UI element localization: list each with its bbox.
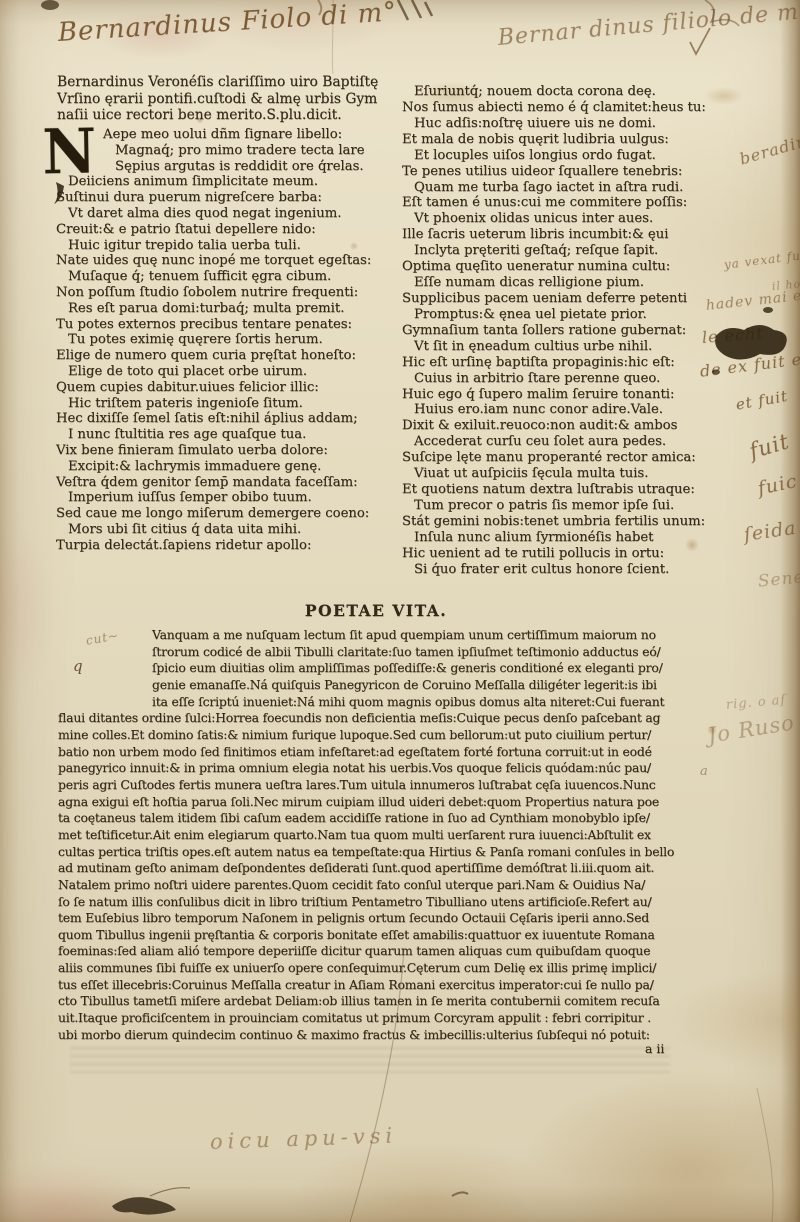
prose-line: aliis communes ſibi fuiſſe ex uniuerſo o… [58, 960, 674, 977]
verse-line: Accederat curſu ceu ſolet aura pedes. [414, 434, 706, 450]
crease-top [332, 0, 333, 74]
pen-strokes-top [398, 0, 432, 20]
ink-smudge-bottom-left [112, 1197, 176, 1214]
verse-line: Excipit:& lachrymis immaduere genę. [68, 459, 371, 475]
verse-line: Nate uides quę nunc inopé me torquet ege… [56, 253, 371, 269]
verse-line: Non poſſum ſtudio ſobolem nutrire freque… [56, 285, 371, 301]
handwritten-annotation: fuit [747, 429, 793, 463]
handwritten-annotation: il hoc [771, 277, 800, 293]
verse-line: Hic uenient ad te rutili pollucis in ort… [402, 546, 706, 562]
prose-line: ſo ſe natum illis conſulibus dicit in li… [58, 894, 674, 911]
verse-line: Veſtra q́dem genitor ſemp̄ mandata faceſ… [56, 475, 371, 491]
prose-line: Natalem primo noſtri uidere parentes.Quo… [58, 877, 674, 894]
prose-line: ta coętaneus talem itidem ſibi caſum ead… [58, 810, 674, 827]
ink-hairline [150, 1188, 190, 1196]
prose-line: flaui ditantes ordine ſulci:Horrea foecu… [58, 710, 674, 727]
verse-line: Sępius argutas is reddidit ore q́relas. [115, 159, 371, 175]
verse-column-left: Aepe meo uolui dñm ſignare libello: Magn… [56, 127, 371, 554]
handwritten-annotation: fuic [756, 470, 800, 500]
verse-line: Tum precor o patris ſis memor ipſe ſui. [414, 498, 706, 514]
prose-line: cto Tibullus tametſi miſere ardebat Deli… [58, 993, 674, 1010]
verse-line: Cuius in arbitrio ſtare perenne queo. [414, 371, 706, 387]
handwritten-annotation: hadev mai et [705, 287, 800, 314]
verse-line: Promptus:& ęnea uel pietate prior. [414, 307, 706, 323]
verse-line: Hec dixiſſe ſemel ſatis eſt:nihil áplius… [56, 411, 371, 427]
verse-line: Imperium iuſſus ſemper obibo tuum. [68, 490, 371, 506]
verse-line: Stát gemini nobis:tenet umbria fertilis … [402, 514, 706, 530]
verse-line: Et locuples uiſos longius ordo fugat. [414, 148, 706, 164]
verse-line: Viuat ut auſpiciis ſęcula multa tuis. [414, 466, 706, 482]
handwritten-annotation: rig. o aſ [725, 693, 787, 713]
verse-line: Optima quęſito ueneratur numina cultu: [402, 259, 706, 275]
prose-line: Vanquam a me nuſquam lectum ſit apud que… [152, 627, 674, 644]
handwritten-annotation: et fuit [734, 387, 789, 414]
verse-line: Supplicibus pacem ueniam deferre petenti [402, 291, 706, 307]
verse-line: Eſuriuntq́; nouem docta corona deę. [414, 84, 706, 100]
prose-line: ſtrorum codicé de albii Tibulli claritat… [152, 644, 674, 661]
ink-blot-small [712, 370, 720, 375]
verse-line: Inſula nunc alium ſyrmionéſis habet [414, 530, 706, 546]
prose-line: agna exigui eſt hoſtia parua ſoli.Nec mi… [58, 794, 674, 811]
verse-line: Quam me turba ſago iactet in aſtra rudi. [414, 180, 706, 196]
verse-line: Creuit:& e patrio ſtatui depellere nido: [56, 222, 371, 238]
ink-blot-large [715, 325, 787, 360]
verse-line: Mors ubi ſit citius q́ data uita mihi. [68, 522, 371, 538]
verse-line: Tu potes externos precibus tentare penat… [56, 317, 371, 333]
prose-line: ſpicio eum diuitias olim ampliſſimas poſ… [152, 660, 674, 677]
verse-line: Suſcipe lęte manu properanté rector amic… [402, 450, 706, 466]
verse-line: Sed caue me longo miſerum demergere coen… [56, 506, 371, 522]
prose-line: quom Tibullus ingenii pręſtantia & corpo… [58, 927, 674, 944]
prose-line: uit.Itaque proficiſcentem in prouinciam … [58, 1010, 674, 1027]
ink-mark-bottom-mid [452, 1192, 468, 1196]
prose-line: foeminas:ſed aliam alió tempore deperiiſ… [58, 943, 674, 960]
verse-line: Inclyta pręteriti geſtaq́; reſque ſapit. [414, 243, 706, 259]
verse-line: Aepe meo uolui dñm ſignare libello: [103, 127, 371, 143]
verse-line: Gymnaſium tanta ſollers ratione gubernat… [402, 323, 706, 339]
prose-line: peris agri Cuſtodes fertis munera ueſtra… [58, 777, 674, 794]
verse-line: Hic triſtem pateris ingenioſe ſitum. [68, 396, 371, 412]
verse-line: Eſt tamen é unus:cui me commitere poſſis… [402, 195, 706, 211]
prose-line: mine colles.Et domino ſatis:& nimium fur… [58, 727, 674, 744]
handwritten-annotation: a [700, 764, 709, 779]
verse-line: Si q́uo frater erit cultus honore ſcient… [414, 562, 706, 578]
pen-mark-top-center [318, 0, 321, 15]
signature-mark: a ii [645, 1041, 664, 1056]
handwritten-annotation: de ex fuit et [699, 349, 800, 381]
prose-line: ubi morbo dierum quindecim continuo & ma… [58, 1027, 674, 1044]
handwritten-annotation: ſeida [742, 517, 797, 546]
verse-line: Tu potes eximię quęrere ſortis herum. [68, 332, 371, 348]
verse-line: Et mala de nobis quęrit ludibria uulgus: [402, 132, 706, 148]
guide-letter: q [73, 657, 83, 675]
handwritten-annotation: Jo Ruso [706, 710, 796, 747]
prose-line: panegyrico innuit:& in prima omnium eleg… [58, 760, 674, 777]
crease-bottom-right [757, 1088, 773, 1222]
dedication-line: naſii uice rectori bene merito.S.plu.dic… [57, 107, 378, 124]
verse-line: Res eſt parua domi:turbaq́; multa premit… [68, 301, 371, 317]
verse-line: Vt ſit in ęneadum cultius urbe nihil. [414, 339, 706, 355]
verse-line: Nos ſumus abiecti nemo é q́ clamitet:heu… [402, 100, 706, 116]
prose-line: genie emanaſſe.Ná quiſquis Panegyricon d… [152, 677, 674, 694]
verso-show-through [70, 1047, 670, 1073]
verse-line: Magnaq́; pro mimo tradere tecta lare [115, 143, 371, 159]
verse-line: Te penes utilius uideor ſquallere tenebr… [402, 164, 706, 180]
verse-line: Dixit & exiluit.reuoco:non audit:& ambos [402, 418, 706, 434]
verse-line: Huic ego q́ ſupero malim ſeruire tonanti… [402, 387, 706, 403]
prose-line: tem Euſebius libro temporum Naſonem in p… [58, 910, 674, 927]
incunabulum-page: Bernardinus Veronéſis clariſſimo uiro Ba… [0, 0, 800, 1222]
handwritten-annotation: Senec [757, 566, 800, 592]
verse-line: Huc adſis:noſtrę uiuere uis ne domi. [414, 116, 706, 132]
prose-line: batio non urbem modo ſed finitimos etiam… [58, 744, 674, 761]
dedication: Bernardinus Veronéſis clariſſimo uiro Ba… [57, 74, 378, 124]
ink-blot-small [763, 307, 773, 313]
prose-line: tus eſſet illecebris:Coruinus Meſſalla c… [58, 977, 674, 994]
prose-line: ita eſſe ſcriptú inueniet:Ná mihi quom m… [152, 694, 674, 711]
prose-line: ad mutinam geſto animam deſpondentes deſ… [58, 860, 674, 877]
verse-line: Vt phoenix olidas unicus inter aues. [414, 211, 706, 227]
verse-line: Muſaque q́; tenuem ſufficit ęgra cibum. [68, 269, 371, 285]
verse-line: Hic eſt urſinę baptiſta propaginis:hic e… [402, 355, 706, 371]
verse-line: Eſſe numam dicas relligione pium. [414, 275, 706, 291]
handwritten-annotation: oicu apu-vsi [210, 1123, 398, 1154]
handwritten-annotation: beradinis [737, 127, 800, 169]
handwritten-annotation: ya vexat fue [723, 248, 800, 272]
verse-line: Deiiciens animum ſimplicitate meum. [68, 174, 371, 190]
verse-line: Elige de numero quem curia pręſtat honeſ… [56, 348, 371, 364]
verse-line: Turpia delectát.ſapiens ridetur apollo: [56, 538, 371, 554]
verse-line: Vt daret alma dies quod negat ingenium. [68, 206, 371, 222]
verse-line: Huic igitur trepido talia uerba tuli. [68, 238, 371, 254]
prose-line: met teſtificetur.Ait enim elegiarum quar… [58, 827, 674, 844]
pen-squiggle-top-right [705, 0, 739, 26]
dedication-line: Bernardinus Veronéſis clariſſimo uiro Ba… [57, 74, 378, 91]
verse-line: I nunc ſtultitia res age quaſque tua. [68, 427, 371, 443]
verse-line: Ille ſacris ueterum libris incumbit:& ęu… [402, 227, 706, 243]
handwritten-annotation: le echt [701, 324, 764, 347]
dedication-line: Vrſino ęrarii pontifi.cuſtodi & almę urb… [57, 91, 378, 108]
check-mark [690, 28, 710, 54]
handwritten-annotation: Bernardinus Fiolo di m° [57, 0, 398, 48]
verse-line: Et quotiens natum dextra luſtrabis utraq… [402, 482, 706, 498]
verse-line: Huius ero.iam nunc conor adire.Vale. [414, 402, 706, 418]
prose-line: cultas pertica triſtis opes.eſt autem na… [58, 844, 674, 861]
handwritten-annotation: Bernar dinus filiolo de m [497, 0, 800, 51]
ink-blob-top-left [41, 0, 59, 10]
verse-line: Elige de toto qui placet orbe uirum. [68, 364, 371, 380]
verse-line: Quem cupies dabitur.uiues felicior illic… [56, 380, 371, 396]
prose-block: Vanquam a me nuſquam lectum ſit apud que… [58, 627, 674, 1043]
verse-line: Suſtinui dura puerum nigreſcere barba: [56, 190, 371, 206]
verse-line: Vix bene finieram ſimulato uerba dolore: [56, 443, 371, 459]
section-heading: POETAE VITA. [56, 601, 696, 620]
verse-column-right: Eſuriuntq́; nouem docta corona deę. Nos … [402, 84, 706, 578]
